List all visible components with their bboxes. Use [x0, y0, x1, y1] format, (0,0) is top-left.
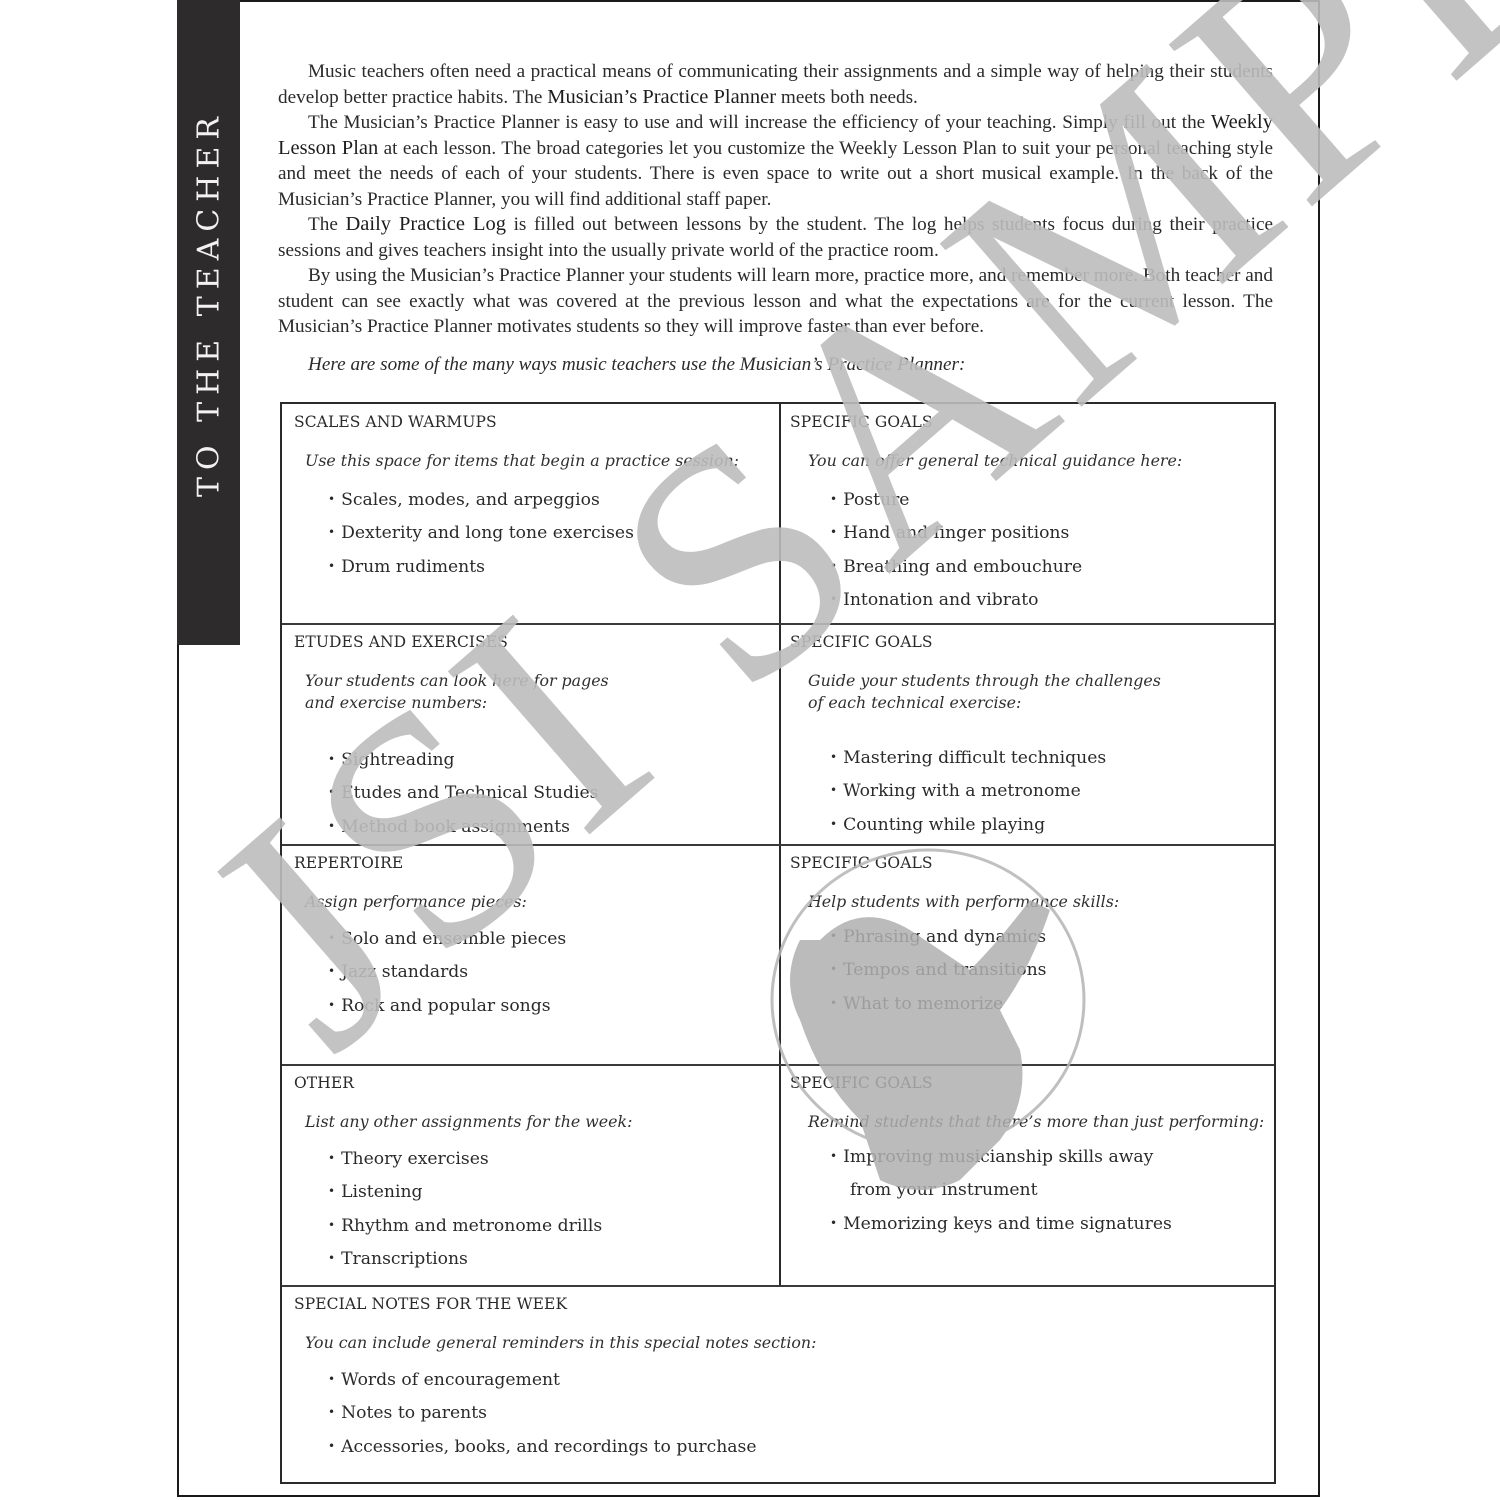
product-name: Musician’s Practice Planner: [547, 86, 776, 108]
list-item: Counting while playing: [830, 813, 1106, 846]
list-item: Listening: [328, 1180, 602, 1213]
plan-cell-etudes-and-exercises: ETUDES AND EXERCISESYour students can lo…: [282, 624, 779, 844]
cell-title: SPECIFIC GOALS: [790, 413, 933, 431]
list-item: Rhythm and metronome drills: [328, 1214, 602, 1247]
cell-title: REPERTOIRE: [294, 854, 403, 872]
plan-cell-special-notes-for-the-week: SPECIAL NOTES FOR THE WEEKYou can includ…: [282, 1286, 1274, 1484]
plan-cell-specific-goals: SPECIFIC GOALSHelp students with perform…: [780, 845, 1274, 1064]
list-item: Drum rudiments: [328, 555, 634, 588]
cell-bullet-list: Scales, modes, and arpeggiosDexterity an…: [328, 488, 634, 588]
list-item: Theory exercises: [328, 1147, 602, 1180]
list-item: Improving musicianship skills away: [830, 1145, 1172, 1178]
cell-bullet-list: SightreadingEtudes and Technical Studies…: [328, 748, 598, 848]
cell-bullet-list: Solo and ensemble piecesJazz standardsRo…: [328, 927, 566, 1027]
list-item: Accessories, books, and recordings to pu…: [328, 1435, 757, 1468]
text: meets both needs.: [776, 87, 918, 108]
list-item: Mastering difficult techniques: [830, 746, 1106, 779]
cell-description: Guide your students through the challeng…: [808, 670, 1161, 714]
list-item: Dexterity and long tone exercises: [328, 521, 634, 554]
cell-description: You can offer general technical guidance…: [808, 450, 1182, 472]
intro-text: Music teachers often need a practical me…: [278, 59, 1273, 377]
cell-description: Help students with performance skills:: [808, 891, 1119, 913]
cell-title: SPECIFIC GOALS: [790, 633, 933, 651]
list-item: Hand and finger positions: [830, 521, 1082, 554]
cell-bullet-list: Theory exercisesListeningRhythm and metr…: [328, 1147, 602, 1280]
cell-description: You can include general reminders in thi…: [305, 1332, 816, 1354]
text: at each lesson. The broad categories let…: [278, 138, 1273, 210]
text: The Musician’s Practice Planner is easy …: [308, 112, 1211, 133]
list-item: Rock and popular songs: [328, 994, 566, 1027]
plan-cell-other: OTHERList any other assignments for the …: [282, 1065, 779, 1285]
list-item: Etudes and Technical Studies: [328, 781, 598, 814]
list-item: Tempos and transitions: [830, 958, 1047, 991]
list-item: Notes to parents: [328, 1401, 757, 1434]
list-item: Posture: [830, 488, 1082, 521]
list-item: Solo and ensemble pieces: [328, 927, 566, 960]
text: The: [308, 214, 345, 235]
list-item: from your instrument: [830, 1178, 1172, 1211]
list-item: What to memorize: [830, 992, 1047, 1025]
list-item: Method book assignments: [328, 815, 598, 848]
cell-title: SCALES AND WARMUPS: [294, 413, 497, 431]
cell-title: ETUDES AND EXERCISES: [294, 633, 508, 651]
list-item: Breathing and embouchure: [830, 555, 1082, 588]
lesson-plan-grid: SCALES AND WARMUPSUse this space for ite…: [280, 402, 1276, 1484]
plan-cell-specific-goals: SPECIFIC GOALSGuide your students throug…: [780, 624, 1274, 844]
list-item: Transcriptions: [328, 1247, 602, 1280]
plan-cell-repertoire: REPERTOIREAssign performance pieces:Solo…: [282, 845, 779, 1064]
list-item: Intonation and vibrato: [830, 588, 1082, 621]
list-item: Memorizing keys and time signatures: [830, 1212, 1172, 1245]
list-item: Working with a metronome: [830, 779, 1106, 812]
intro-paragraph-1: Music teachers often need a practical me…: [278, 59, 1273, 110]
side-tab-label: TO THE TEACHER: [191, 110, 226, 497]
cell-title: OTHER: [294, 1074, 354, 1092]
cell-title: SPECIFIC GOALS: [790, 854, 933, 872]
cell-description: Use this space for items that begin a pr…: [305, 450, 739, 472]
side-tab: TO THE TEACHER: [177, 0, 240, 645]
cell-bullet-list: Words of encouragementNotes to parentsAc…: [328, 1368, 757, 1468]
cell-description: Assign performance pieces:: [305, 891, 527, 913]
cell-bullet-list: PostureHand and finger positionsBreathin…: [830, 488, 1082, 621]
cell-bullet-list: Mastering difficult techniquesWorking wi…: [830, 746, 1106, 846]
list-item: Phrasing and dynamics: [830, 925, 1047, 958]
intro-paragraph-4: By using the Musician’s Practice Planner…: [278, 263, 1273, 340]
cell-bullet-list: Improving musicianship skills awayfrom y…: [830, 1145, 1172, 1245]
list-item: Scales, modes, and arpeggios: [328, 488, 634, 521]
plan-cell-specific-goals: SPECIFIC GOALSYou can offer general tech…: [780, 404, 1274, 623]
cell-description: Remind students that there’s more than j…: [808, 1111, 1264, 1133]
list-item: Words of encouragement: [328, 1368, 757, 1401]
daily-practice-log-term: Daily Practice Log: [345, 213, 506, 235]
cell-bullet-list: Phrasing and dynamicsTempos and transiti…: [830, 925, 1047, 1025]
plan-cell-specific-goals: SPECIFIC GOALSRemind students that there…: [780, 1065, 1274, 1285]
cell-title: SPECIAL NOTES FOR THE WEEK: [294, 1295, 567, 1313]
list-item: Jazz standards: [328, 960, 566, 993]
list-item: Sightreading: [328, 748, 598, 781]
intro-paragraph-2: The Musician’s Practice Planner is easy …: [278, 110, 1273, 212]
cell-description: List any other assignments for the week:: [305, 1111, 632, 1133]
cell-title: SPECIFIC GOALS: [790, 1074, 933, 1092]
cell-description: Your students can look here for pagesand…: [305, 670, 609, 714]
plan-cell-scales-and-warmups: SCALES AND WARMUPSUse this space for ite…: [282, 404, 779, 623]
intro-lead: Here are some of the many ways music tea…: [278, 352, 1273, 378]
intro-paragraph-3: The Daily Practice Log is filled out bet…: [278, 212, 1273, 263]
